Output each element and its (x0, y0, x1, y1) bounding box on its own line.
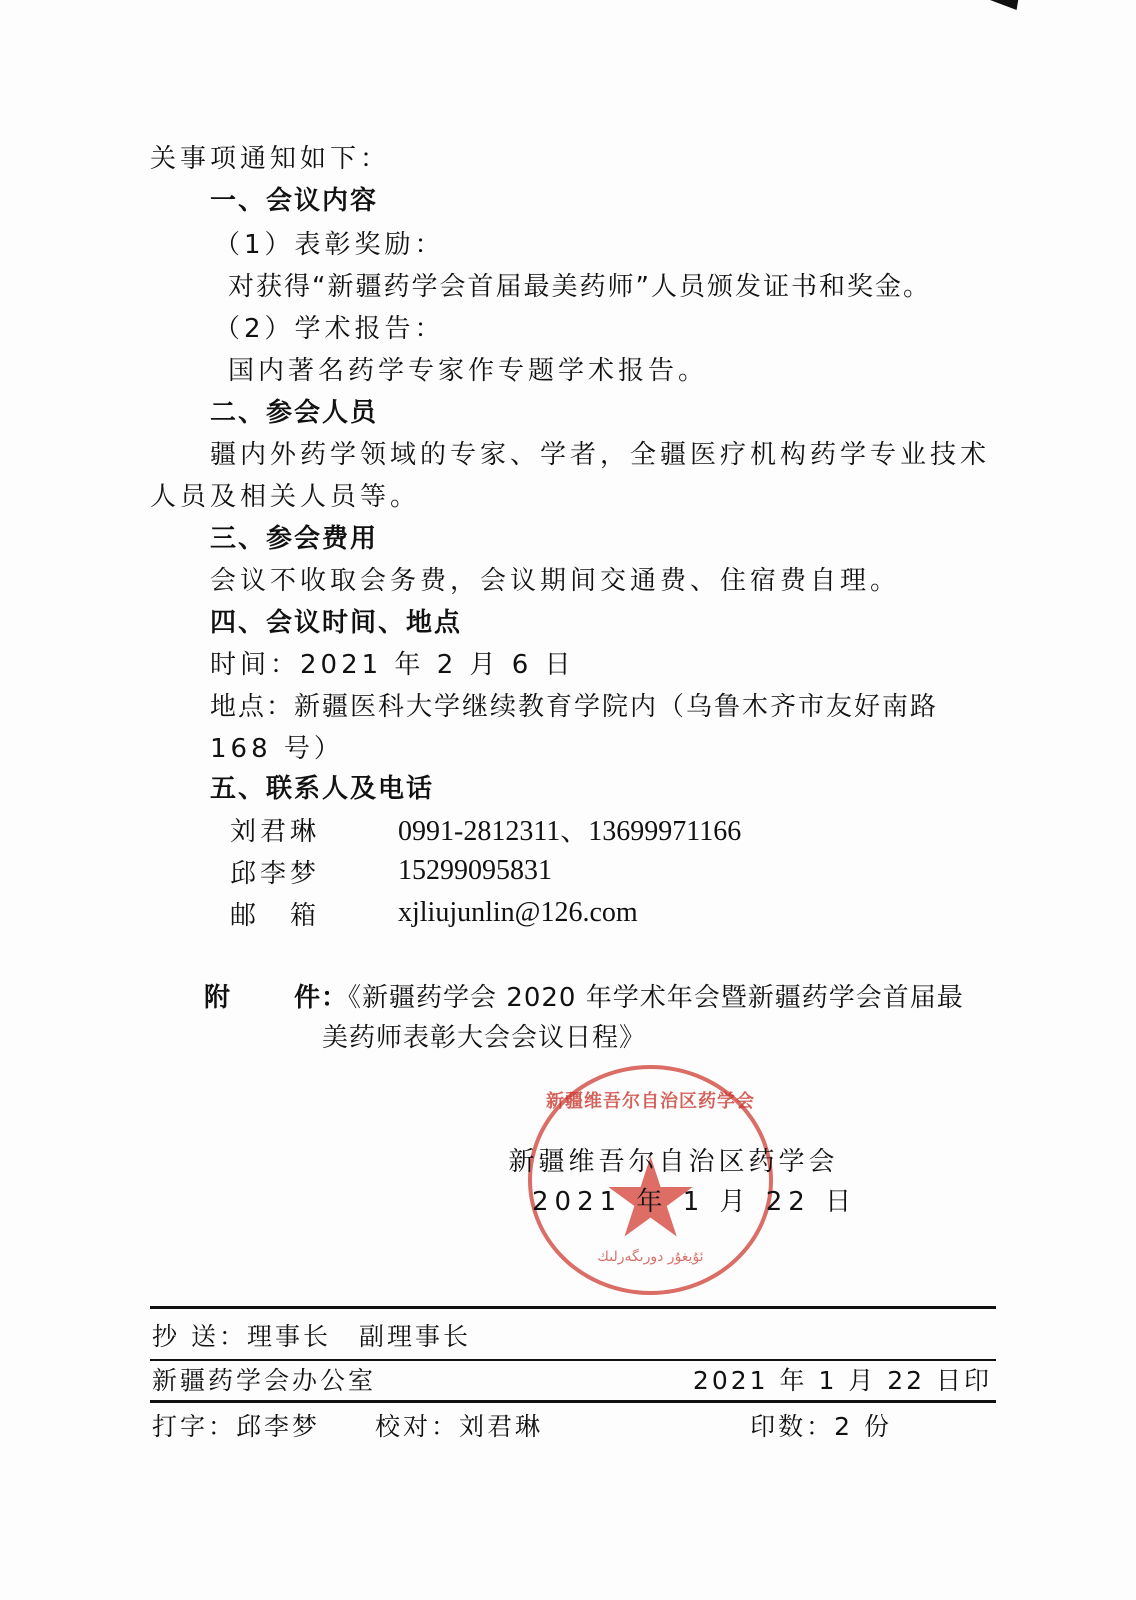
footer-bottom-rule (150, 1400, 996, 1403)
footer-mid-rule (150, 1359, 996, 1361)
proofreader: 校对：刘君琳 (375, 1412, 543, 1441)
scan-corner-mark (990, 0, 1032, 19)
print-date: 2021 年 1 月 22 日印 (693, 1364, 992, 1398)
document-page: 关事项通知如下： 一、会议内容 （1）表彰奖励： 对获得“新疆药学会首届最美药师… (0, 0, 1136, 1600)
meeting-place-line1: 地点：新疆医科大学继续教育学院内（乌鲁木齐市友好南路 (210, 690, 938, 724)
section-1-heading: 一、会议内容 (210, 184, 378, 218)
section-2-heading: 二、参会人员 (210, 396, 378, 430)
footer-office-row: 新疆药学会办公室 2021 年 1 月 22 日印 (152, 1364, 992, 1398)
signing-organization: 新疆维吾尔自治区药学会 (509, 1147, 839, 1177)
footer-cc-row: 抄 送：理事长 副理事长 (152, 1320, 992, 1354)
section-4-heading: 四、会议时间、地点 (210, 606, 462, 640)
section-1-item-2-text: 国内著名药学专家作专题学术报告。 (228, 354, 708, 388)
section-1-item-2-label: （2）学术报告： (214, 312, 445, 346)
contact-phone: 15299095831 (398, 855, 552, 887)
signing-date: 2021 年 1 月 22 日 (532, 1182, 857, 1222)
contact-name: 邱李梦 (230, 853, 398, 890)
seal-ring-text: 新疆维吾尔自治区药学会 (546, 1087, 755, 1113)
contact-label: 邮 箱 (230, 895, 398, 932)
footer-print-row: 打字：邱李梦 校对：刘君琳 印数：2 份 (152, 1410, 992, 1444)
attachment-note: 附件：《新疆药学会 2020 年学术年会暨新疆药学会首届最 美药师表彰大会会议日… (204, 978, 964, 1058)
contact-email: xjliujunlin@126.com (398, 897, 638, 929)
section-1-item-1-text: 对获得“新疆药学会首届最美药师”人员颁发证书和奖金。 (228, 270, 931, 304)
section-2-text-line2: 人员及相关人员等。 (150, 480, 420, 514)
contact-list: 刘君琳 0991-2812311、13699971166 邱李梦 1529909… (230, 808, 741, 934)
contact-row: 邱李梦 15299095831 (230, 850, 741, 892)
contact-name: 刘君琳 (230, 811, 398, 848)
meeting-time: 时间：2021 年 2 月 6 日 (210, 648, 575, 682)
attachment-label: 附 (204, 978, 294, 1018)
intro-text: 关事项通知如下： (150, 142, 390, 176)
contact-row: 邮 箱 xjliujunlin@126.com (230, 892, 741, 934)
signature-block: 新疆维吾尔自治区药学会 2021 年 1 月 22 日 (490, 1142, 857, 1222)
copies-count: 印数：2 份 (750, 1410, 892, 1444)
seal-bottom-text: ﺋﯘﻳﻐﯘﺭ ﺩﻭﺭﯨﮕﻪﺭﻟﯩﻚ (597, 1249, 703, 1265)
print-credits: 打字：邱李梦 校对：刘君琳 (152, 1410, 543, 1444)
section-5-heading: 五、联系人及电话 (210, 772, 434, 806)
contact-row: 刘君琳 0991-2812311、13699971166 (230, 808, 741, 850)
meeting-place-line2: 168 号） (210, 732, 344, 766)
cc-recipients: 抄 送：理事长 副理事长 (152, 1320, 471, 1354)
attachment-title-line2: 美药师表彰大会会议日程》 (204, 1018, 964, 1058)
footer-top-rule (150, 1306, 996, 1309)
section-3-heading: 三、参会费用 (210, 522, 378, 556)
typist: 打字：邱李梦 (152, 1412, 320, 1441)
issuing-office: 新疆药学会办公室 (152, 1364, 376, 1398)
section-3-text: 会议不收取会务费，会议期间交通费、住宿费自理。 (210, 564, 900, 598)
attachment-title-line1: 《新疆药学会 2020 年学术年会暨新疆药学会首届最 (348, 983, 964, 1013)
section-1-item-1-label: （1）表彰奖励： (214, 228, 445, 262)
attachment-label-suffix: 件： (294, 983, 348, 1013)
section-2-text-line1: 疆内外药学领域的专家、学者，全疆医疗机构药学专业技术 (210, 438, 990, 472)
contact-phone: 0991-2812311、13699971166 (398, 809, 741, 849)
